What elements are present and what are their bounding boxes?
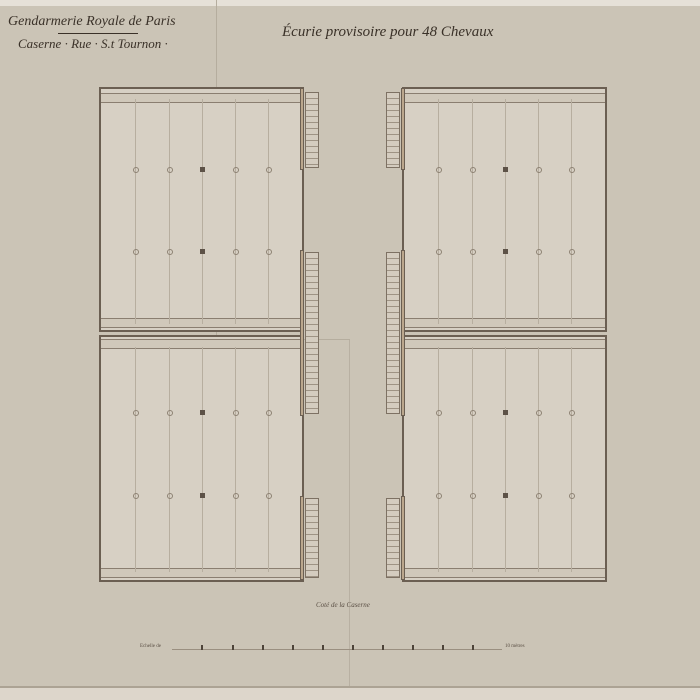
institution-title: Gendarmerie Royale de Paris [8,14,176,30]
stable-block-sw [99,335,304,582]
drawing-title: Écurie provisoire pour 48 Chevaux [282,24,493,41]
staircase [386,252,400,414]
drawing-sheet: Gendarmerie Royale de Paris Caserne · Ru… [0,0,700,700]
scale-label-left: Echelle de [140,644,161,649]
paper-bottom-edge [0,686,700,700]
stair-wall [300,496,304,580]
staircase [386,498,400,578]
scale-label-right: 10 mètres [505,644,525,649]
paper-fold-line [349,340,350,686]
stable-block-ne [402,87,607,332]
stable-block-nw [99,87,304,332]
stair-wall [401,496,405,580]
paper-top-edge [0,0,700,6]
title-underline [58,33,138,34]
stair-wall [300,250,304,416]
staircase [305,252,319,414]
scale-bar [172,649,502,650]
stair-wall [300,88,304,170]
staircase [305,498,319,578]
stair-wall [401,250,405,416]
staircase [305,92,319,168]
plan-caption: Coté de la Caserne [316,601,370,609]
stair-wall [401,88,405,170]
location-subtitle: Caserne · Rue · S.t Tournon · [18,36,168,52]
staircase [386,92,400,168]
stable-block-se [402,335,607,582]
